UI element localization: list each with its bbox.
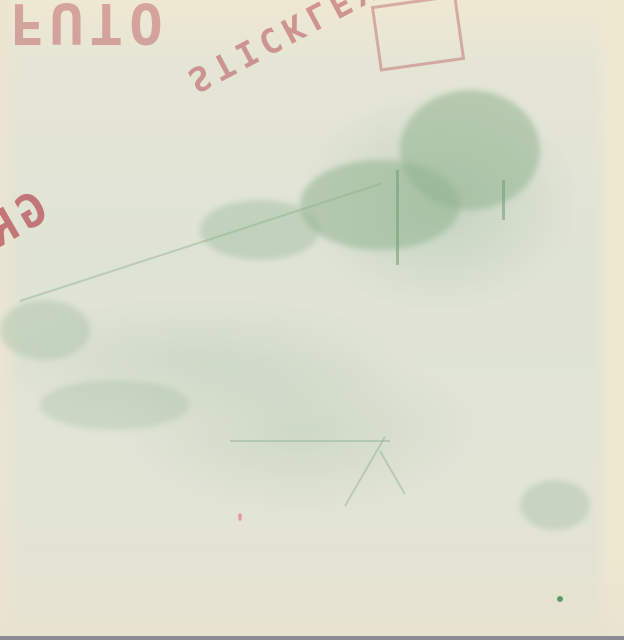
stencil-line-3: FUTO xyxy=(10,0,169,55)
right-edge xyxy=(594,0,624,640)
pink-speck xyxy=(238,513,242,521)
bottom-edge xyxy=(0,550,624,640)
stencil-box xyxy=(371,0,465,72)
frame-shadow xyxy=(0,636,624,640)
bush-shape xyxy=(520,480,590,530)
bush-shape xyxy=(40,380,190,430)
painting-canvas: STICKLEY BROS. GRAND RAPIDS, M FUTO xyxy=(0,0,624,640)
fence-line xyxy=(230,440,390,442)
cross-line xyxy=(379,451,406,495)
hill-line xyxy=(20,183,382,302)
pole xyxy=(502,180,505,220)
bush-shape xyxy=(0,300,90,360)
tree-shape xyxy=(300,160,460,250)
green-speck xyxy=(557,596,563,602)
cross-line xyxy=(344,436,386,506)
pole xyxy=(396,170,399,265)
